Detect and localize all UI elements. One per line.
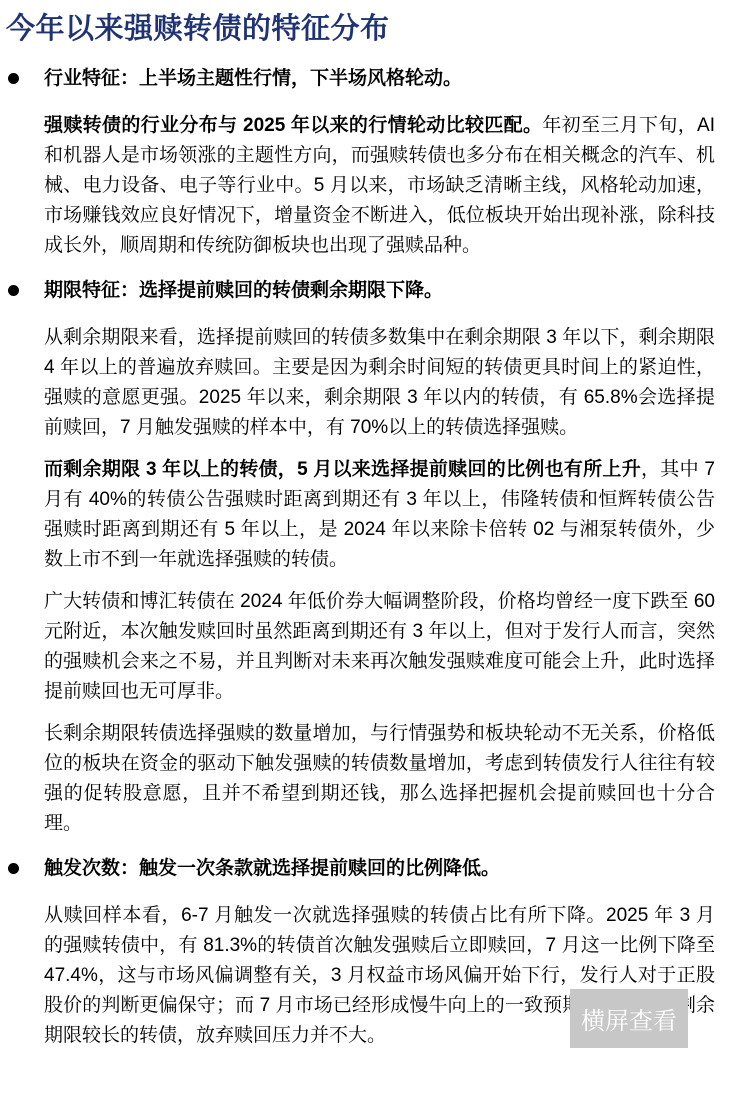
bullet-icon — [8, 73, 19, 84]
bullet-icon — [8, 285, 19, 296]
paragraph-text: 年初至三月下旬，AI 和机器人是市场领涨的主题性方向，而强赎转债也多分布在相关概… — [44, 115, 715, 256]
section-heading-industry: 行业特征：上半场主题性行情，下半场风格轮动。 — [0, 64, 715, 94]
paragraph: 长剩余期限转债选择强赎的数量增加，与行情强势和板块轮动不无关系，价格低位的板块在… — [44, 719, 715, 839]
report-document: 今年以来强赎转债的特征分布 行业特征：上半场主题性行情，下半场风格轮动。 强赎转… — [0, 0, 736, 1051]
paragraph-text: 长剩余期限转债选择强赎的数量增加，与行情强势和板块轮动不无关系，价格低位的板块在… — [44, 723, 715, 834]
paragraph-bold-lead: 强赎转债的行业分布与 2025 年以来的行情轮动比较匹配。 — [44, 115, 542, 136]
paragraph: 广大转债和博汇转债在 2024 年低价券大幅调整阶段，价格均曾经一度下跌至 60… — [44, 587, 715, 707]
paragraph-text: 广大转债和博汇转债在 2024 年低价券大幅调整阶段，价格均曾经一度下跌至 60… — [44, 591, 715, 702]
section-heading-label: 行业特征：上半场主题性行情，下半场风格轮动。 — [44, 68, 462, 89]
section-heading-maturity: 期限特征：选择提前赎回的转债剩余期限下降。 — [0, 276, 715, 306]
section-heading-label: 期限特征：选择提前赎回的转债剩余期限下降。 — [44, 280, 443, 301]
landscape-view-button[interactable]: 横屏查看 — [570, 989, 688, 1048]
paragraph: 从剩余期限来看，选择提前赎回的转债多数集中在剩余期限 3 年以下，剩余期限 4 … — [44, 323, 715, 443]
paragraph-text: 从剩余期限来看，选择提前赎回的转债多数集中在剩余期限 3 年以下，剩余期限 4 … — [44, 327, 715, 438]
page-title: 今年以来强赎转债的特征分布 — [6, 12, 715, 46]
paragraph: 而剩余期限 3 年以上的转债，5 月以来选择提前赎回的比例也有所上升，其中 7 … — [44, 455, 715, 575]
section-heading-label: 触发次数：触发一次条款就选择提前赎回的比例降低。 — [44, 858, 500, 879]
paragraph-bold-lead: 而剩余期限 3 年以上的转债，5 月以来选择提前赎回的比例也有所上升 — [44, 459, 641, 480]
section-heading-trigger-count: 触发次数：触发一次条款就选择提前赎回的比例降低。 — [0, 854, 715, 884]
bullet-icon — [8, 863, 19, 874]
paragraph: 强赎转债的行业分布与 2025 年以来的行情轮动比较匹配。年初至三月下旬，AI … — [44, 111, 715, 261]
